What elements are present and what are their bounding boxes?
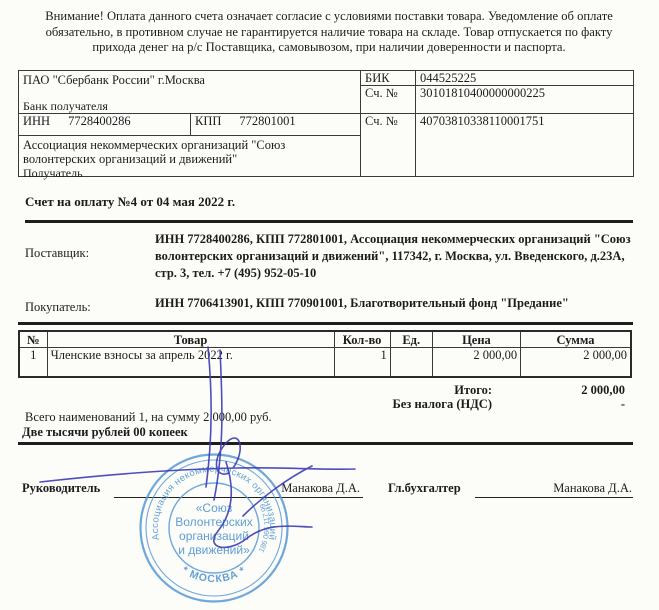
vat-row: Без налога (НДС) - <box>300 397 625 412</box>
items-count-line: Всего наименований 1, на сумму 2 000,00 … <box>25 410 272 425</box>
stamp-center-line: Волонтерских <box>175 515 253 529</box>
table-row: 1 Членские взносы за апрель 2022 г. 1 2 … <box>19 348 631 378</box>
accountant-label: Гл.бухгалтер <box>388 481 461 496</box>
receiver-cell: Ассоциация некоммерческих организаций "С… <box>19 136 361 177</box>
receiver-name: Ассоциация некоммерческих организаций "С… <box>23 138 356 166</box>
account-label: Сч. № <box>361 114 416 177</box>
invoice-title: Счет на оплату №4 от 04 мая 2022 г. <box>25 194 235 210</box>
director-label: Руководитель <box>22 481 100 496</box>
stamp-center-line: организаций <box>179 529 249 543</box>
vat-label: Без налога (НДС) <box>300 397 492 412</box>
supplier-label: Поставщик: <box>25 246 89 261</box>
payment-notice: Внимание! Оплата данного счета означает … <box>18 9 640 56</box>
item-goods: Членские взносы за апрель 2022 г. <box>47 348 334 378</box>
account-value: 40703810338110001751 <box>416 114 634 177</box>
col-number: № <box>19 331 47 348</box>
total-value: 2 000,00 <box>492 383 625 398</box>
svg-text:* МОСКВА *: * МОСКВА * <box>180 564 249 585</box>
buyer-value: ИНН 7706413901, КПП 770901001, Благотвор… <box>155 295 639 312</box>
inn-cell: ИНН7728400286 <box>19 114 191 136</box>
receiver-caption: Получатель <box>23 166 356 180</box>
accountant-signature-line <box>475 497 633 498</box>
accountant-name: Манакова Д.А. <box>508 481 632 496</box>
vat-value: - <box>492 397 625 412</box>
bank-caption: Банк получателя <box>23 99 356 113</box>
item-unit <box>390 348 432 378</box>
kpp-value: 772801001 <box>239 114 295 128</box>
col-price: Цена <box>432 331 520 348</box>
corr-account-value: 30101810400000000225 <box>416 86 634 114</box>
col-qty: Кол-во <box>334 331 390 348</box>
item-sum: 2 000,00 <box>521 348 631 378</box>
corr-account-label: Сч. № <box>361 86 416 114</box>
items-header-row: № Товар Кол-во Ед. Цена Сумма <box>19 331 631 348</box>
bank-name: ПАО "Сбербанк России" г.Москва <box>23 73 356 87</box>
buyer-label: Покупатель: <box>25 300 91 315</box>
organization-stamp-icon: Ассоциация некоммерческих организаций * … <box>138 452 290 604</box>
kpp-label: КПП <box>195 114 221 128</box>
item-qty: 1 <box>334 348 390 378</box>
divider-line <box>18 322 633 325</box>
divider-line <box>25 220 633 223</box>
stamp-center-line: «Союз <box>196 501 233 515</box>
item-number: 1 <box>19 348 47 378</box>
bik-value: 044525225 <box>416 71 634 86</box>
notice-line: прихода денег на р/с Поставщика, самовыв… <box>18 40 640 56</box>
inn-value: 7728400286 <box>68 114 131 128</box>
item-price: 2 000,00 <box>432 348 520 378</box>
bank-requisites-table: ПАО "Сбербанк России" г.Москва Банк полу… <box>18 70 634 177</box>
amount-in-words: Две тысячи рублей 00 копеек <box>22 425 188 440</box>
inn-label: ИНН <box>23 114 50 128</box>
bik-label: БИК <box>361 71 416 86</box>
stamp-ring-bottom-text: * МОСКВА * <box>180 564 249 585</box>
col-sum: Сумма <box>521 331 631 348</box>
notice-line: обязательно, в противном случае не гаран… <box>18 25 640 41</box>
items-table: № Товар Кол-во Ед. Цена Сумма 1 Членские… <box>18 330 632 378</box>
stamp-center-line: и движений» <box>178 543 250 557</box>
divider-line <box>18 442 633 445</box>
total-row: Итого: 2 000,00 <box>300 383 625 398</box>
col-goods: Товар <box>47 331 334 348</box>
kpp-cell: КПП772801001 <box>191 114 361 136</box>
notice-line: Внимание! Оплата данного счета означает … <box>18 9 640 25</box>
col-unit: Ед. <box>390 331 432 348</box>
total-label: Итого: <box>300 383 492 398</box>
bank-name-cell: ПАО "Сбербанк России" г.Москва Банк полу… <box>19 71 361 114</box>
invoice-page: Внимание! Оплата данного счета означает … <box>0 0 659 610</box>
supplier-value: ИНН 7728400286, КПП 772801001, Ассоциаци… <box>155 231 639 282</box>
